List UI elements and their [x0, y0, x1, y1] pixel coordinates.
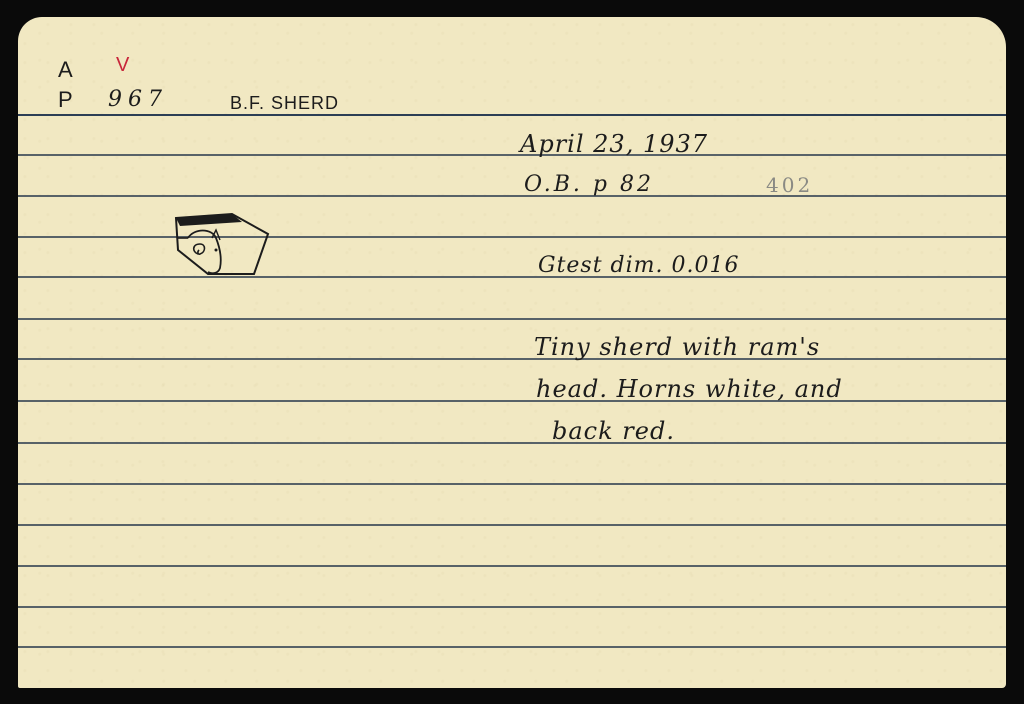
description-line-2: head. Horns white, and [536, 375, 843, 403]
rule-line [18, 400, 1006, 402]
notebook-reference: O.B. p 82 [524, 172, 654, 197]
letter-p: P [58, 87, 73, 113]
rule-line [18, 236, 1006, 238]
rule-line [18, 154, 1006, 156]
rule-line [18, 276, 1006, 278]
catalog-number: 967 [108, 87, 168, 112]
rule-line [18, 358, 1006, 360]
red-check-mark: V [116, 54, 129, 77]
rule-line [18, 606, 1006, 608]
sherd-sketch-ram-head-icon [172, 212, 276, 282]
description-line-3: back red. [552, 417, 675, 445]
card-title: B.F. SHERD [230, 93, 339, 114]
header-rule-line [18, 114, 1006, 116]
letter-a: A [58, 57, 73, 83]
rule-line [18, 442, 1006, 444]
rule-line [18, 524, 1006, 526]
description-line-1: Tiny sherd with ram's [534, 333, 820, 361]
rule-line [18, 483, 1006, 485]
rule-line [18, 195, 1006, 197]
rule-line [18, 646, 1006, 648]
date-entry: April 23, 1937 [520, 130, 708, 158]
catalog-card: A V P 967 B.F. SHERD April 23, 1937 O.B.… [18, 17, 1006, 688]
pencil-note: 402 [766, 173, 813, 197]
rule-line [18, 318, 1006, 320]
rule-line [18, 565, 1006, 567]
dimension-entry: Gtest dim. 0.016 [538, 253, 740, 278]
